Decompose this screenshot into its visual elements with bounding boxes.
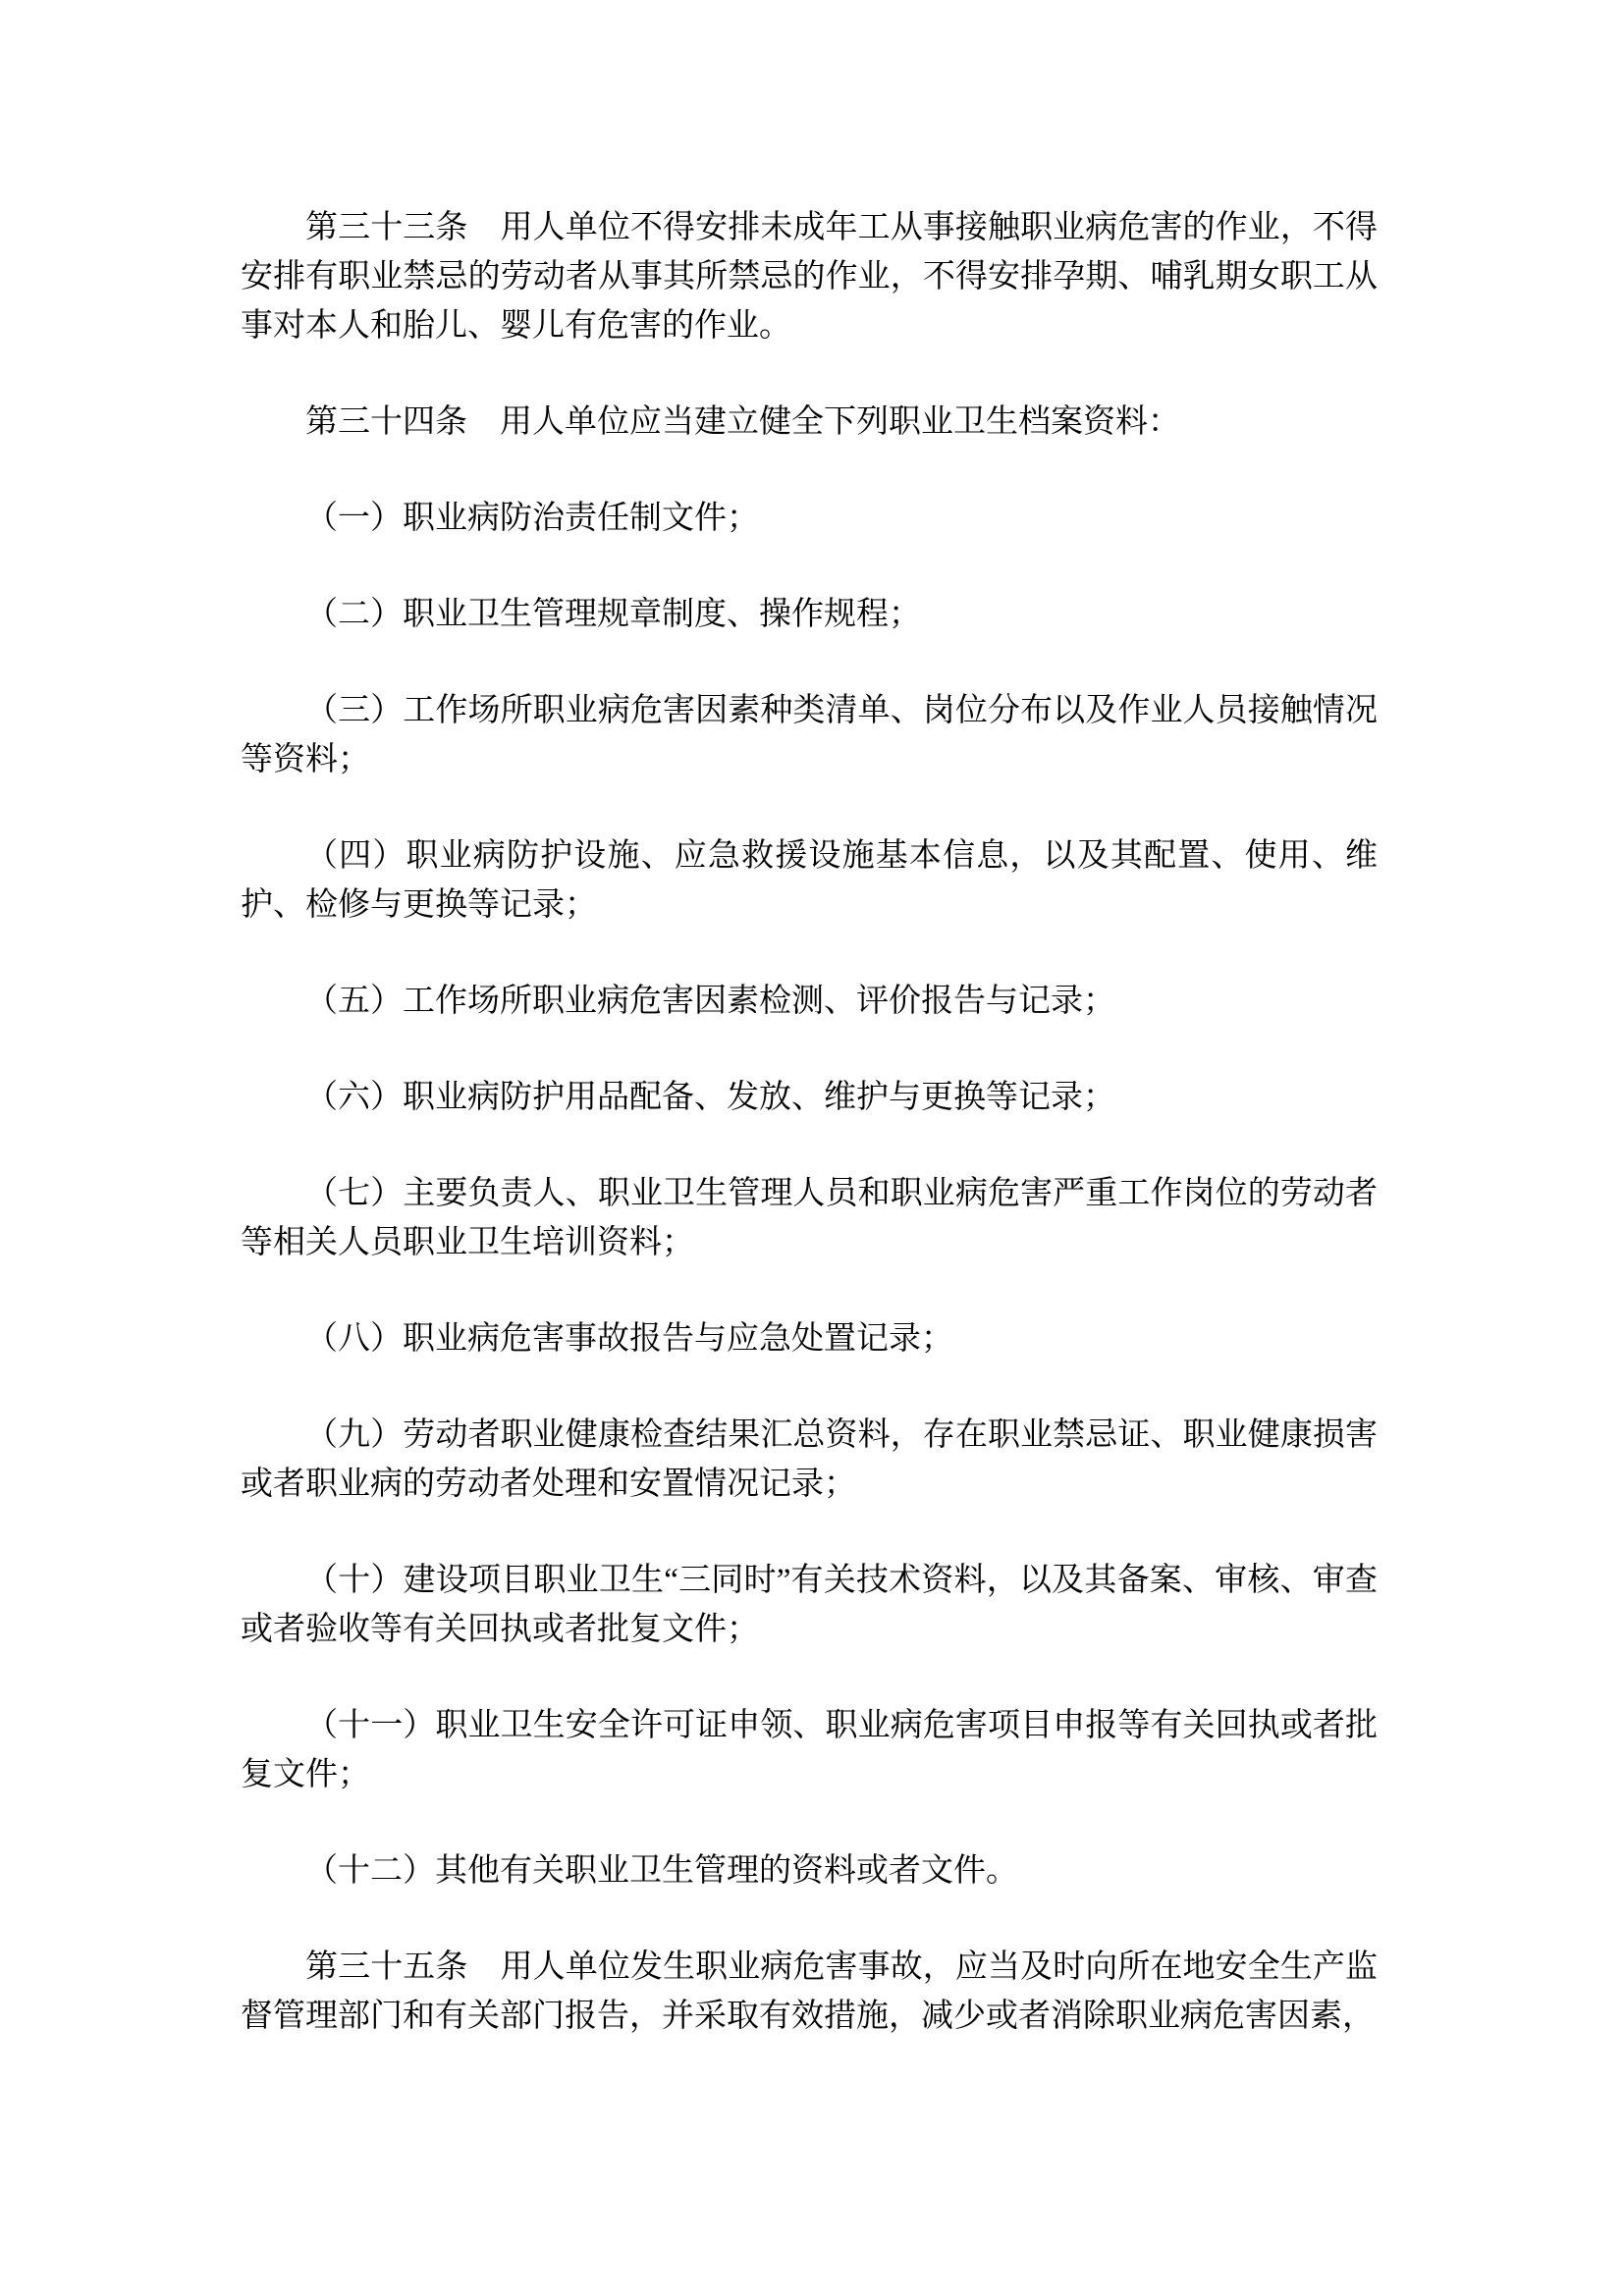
article-2-item-10: （十）建设项目职业卫生“三同时”有关技术资料，以及其备案、审核、审查或者验收等有… — [241, 1556, 1378, 1654]
article-2-item-3: （三）工作场所职业病危害因素种类清单、岗位分布以及作业人员接触情况等资料； — [241, 686, 1378, 784]
article-2-item-2: （二）职业卫生管理规章制度、操作规程； — [241, 590, 1378, 639]
article-2-item-8: （八）职业病危害事故报告与应急处置记录； — [241, 1314, 1378, 1363]
document-body: 第三十三条 用人单位不得安排未成年工从事接触职业病危害的作业，不得安排有职业禁忌… — [241, 203, 1378, 2041]
article-2-item-7: （七）主要负责人、职业卫生管理人员和职业病危害严重工作岗位的劳动者等相关人员职业… — [241, 1169, 1378, 1267]
article-2-item-11: （十一）职业卫生安全许可证申领、职业病危害项目申报等有关回执或者批复文件； — [241, 1701, 1378, 1799]
article-2-item-9: （九）劳动者职业健康检查结果汇总资料，存在职业禁忌证、职业健康损害或者职业病的劳… — [241, 1411, 1378, 1509]
article-2-item-6: （六）职业病防护用品配备、发放、维护与更换等记录； — [241, 1073, 1378, 1122]
article-2-item-12: （十二）其他有关职业卫生管理的资料或者文件。 — [241, 1846, 1378, 1896]
article-3-lead: 第三十五条 用人单位发生职业病危害事故，应当及时向所在地安全生产监督管理部门和有… — [241, 1943, 1378, 2041]
document-page: 第三十三条 用人单位不得安排未成年工从事接触职业病危害的作业，不得安排有职业禁忌… — [0, 0, 1624, 2296]
article-1-lead: 第三十三条 用人单位不得安排未成年工从事接触职业病危害的作业，不得安排有职业禁忌… — [241, 203, 1378, 350]
article-2-item-1: （一）职业病防治责任制文件； — [241, 494, 1378, 543]
article-2-item-4: （四）职业病防护设施、应急救援设施基本信息，以及其配置、使用、维护、检修与更换等… — [241, 831, 1378, 930]
article-2-item-5: （五）工作场所职业病危害因素检测、评价报告与记录； — [241, 977, 1378, 1026]
article-2-lead: 第三十四条 用人单位应当建立健全下列职业卫生档案资料： — [241, 398, 1378, 447]
